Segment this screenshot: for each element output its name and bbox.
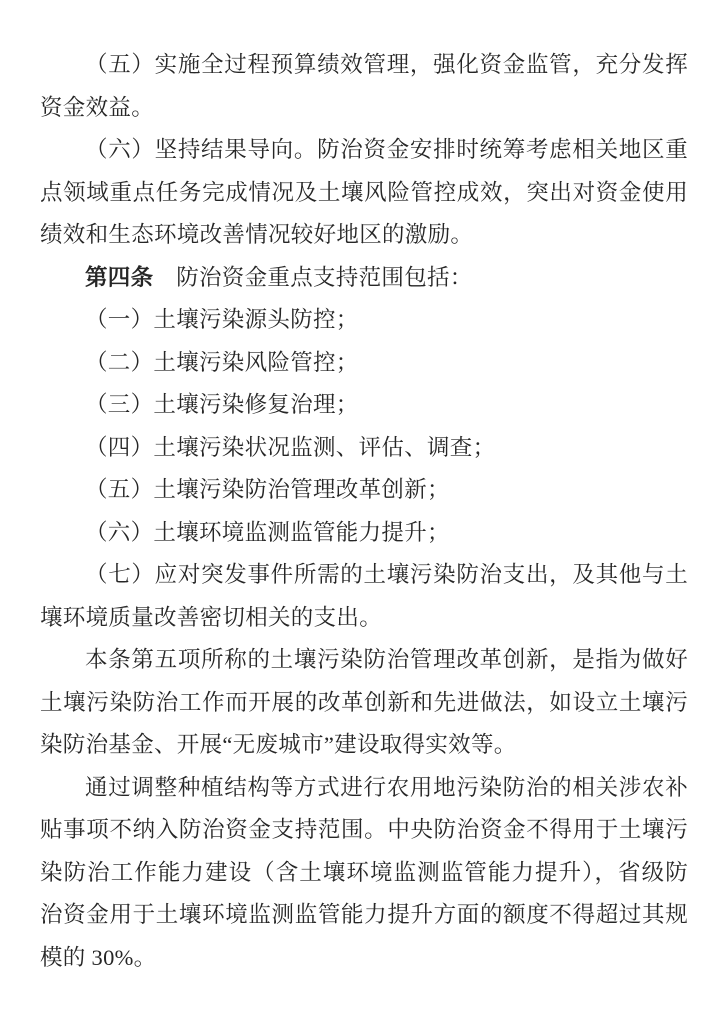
paragraph: （四）土壤污染状况监测、评估、调查； [40,427,688,470]
paragraph: 通过调整种植结构等方式进行农用地污染防治的相关涉农补贴事项不纳入防治资金支持范围… [40,767,688,980]
paragraph: （三）土壤污染修复治理； [40,384,688,427]
paragraph: （五）实施全过程预算绩效管理，强化资金监管，充分发挥资金效益。 [40,44,688,129]
document-body: （五）实施全过程预算绩效管理，强化资金监管，充分发挥资金效益。（六）坚持结果导向… [40,44,688,979]
paragraph: （一）土壤污染源头防控； [40,299,688,342]
paragraph: （七）应对突发事件所需的土壤污染防治支出，及其他与土壤环境质量改善密切相关的支出… [40,554,688,639]
paragraph: （五）土壤污染防治管理改革创新； [40,469,688,512]
paragraph: （六）土壤环境监测监管能力提升； [40,512,688,555]
article-heading-paragraph: 第四条 防治资金重点支持范围包括： [40,257,688,300]
paragraph: （二）土壤污染风险管控； [40,342,688,385]
paragraph: 本条第五项所称的土壤污染防治管理改革创新，是指为做好土壤污染防治工作而开展的改革… [40,639,688,767]
article-number: 第四条 [85,265,153,290]
paragraph: （六）坚持结果导向。防治资金安排时统筹考虑相关地区重点领域重点任务完成情况及土壤… [40,129,688,257]
document-page: （五）实施全过程预算绩效管理，强化资金监管，充分发挥资金效益。（六）坚持结果导向… [0,0,724,1030]
